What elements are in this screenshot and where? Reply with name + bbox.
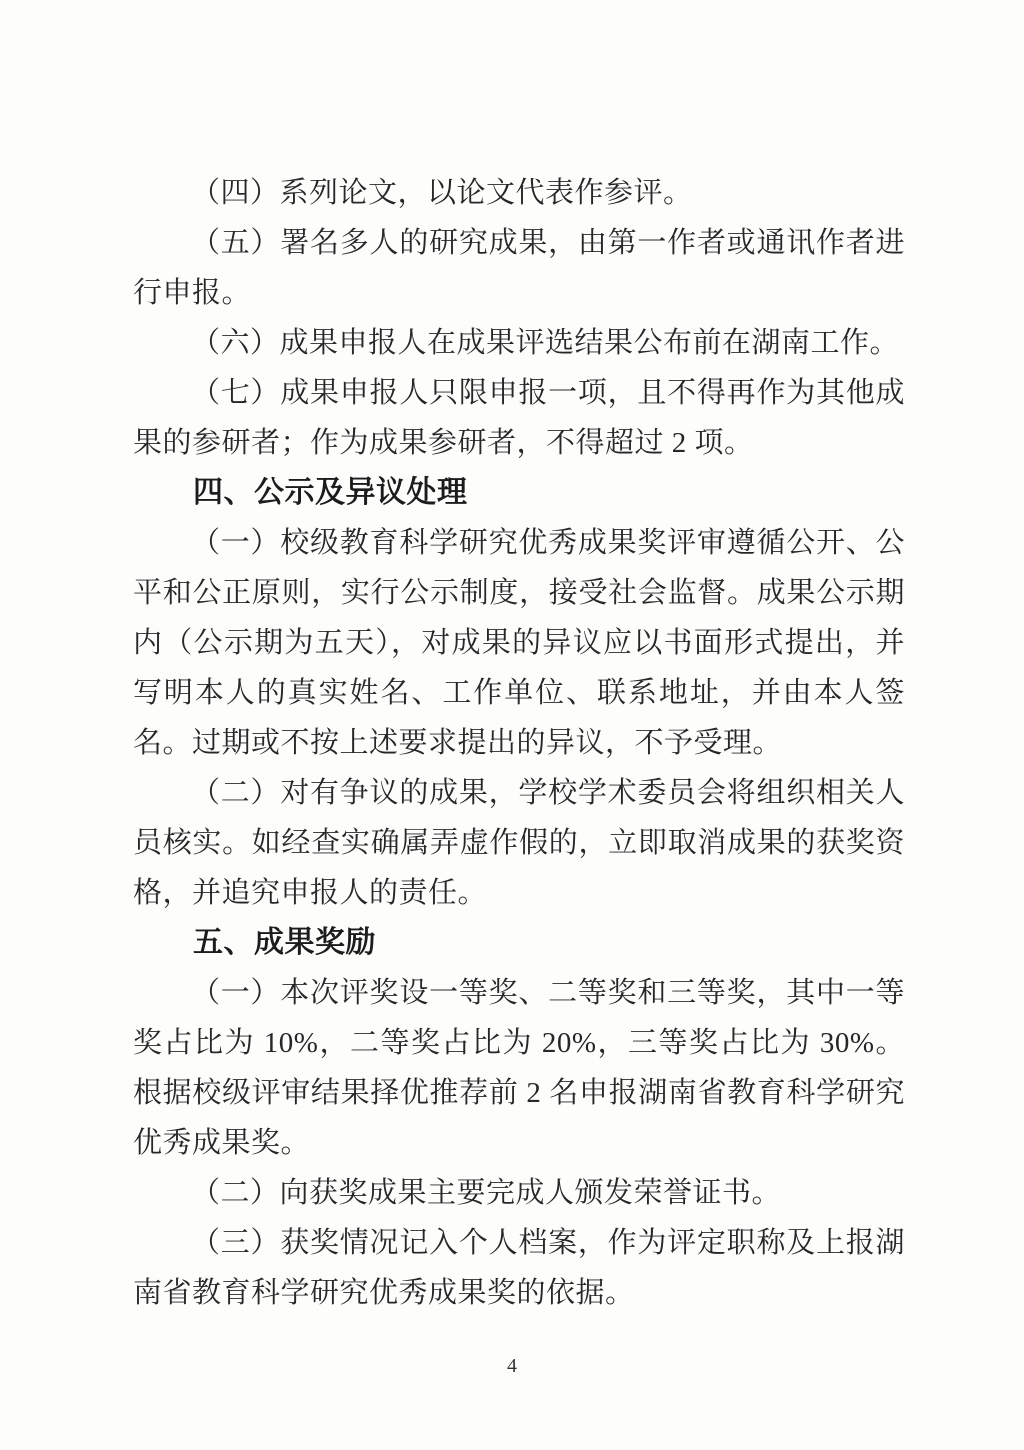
section-heading-4: 四、公示及异议处理 [133, 468, 905, 518]
paragraph-publicity-2: （二）对有争议的成果，学校学术委员会将组织相关人员核实。如经查实确属弄虚作假的，… [133, 768, 905, 918]
document-page: （四）系列论文，以论文代表作参评。 （五）署名多人的研究成果，由第一作者或通讯作… [0, 0, 1024, 1450]
page-number: 4 [0, 1355, 1024, 1378]
section-heading-5: 五、成果奖励 [133, 918, 905, 968]
paragraph-award-2: （二）向获奖成果主要完成人颁发荣誉证书。 [133, 1168, 905, 1218]
paragraph-item-6: （六）成果申报人在成果评选结果公布前在湖南工作。 [133, 318, 905, 368]
paragraph-item-7: （七）成果申报人只限申报一项，且不得再作为其他成果的参研者；作为成果参研者，不得… [133, 368, 905, 468]
paragraph-award-1: （一）本次评奖设一等奖、二等奖和三等奖，其中一等奖占比为 10%，二等奖占比为 … [133, 968, 905, 1168]
paragraph-award-3: （三）获奖情况记入个人档案，作为评定职称及上报湖南省教育科学研究优秀成果奖的依据… [133, 1218, 905, 1318]
document-body: （四）系列论文，以论文代表作参评。 （五）署名多人的研究成果，由第一作者或通讯作… [133, 168, 905, 1318]
paragraph-item-4: （四）系列论文，以论文代表作参评。 [133, 168, 905, 218]
paragraph-item-5: （五）署名多人的研究成果，由第一作者或通讯作者进行申报。 [133, 218, 905, 318]
paragraph-publicity-1: （一）校级教育科学研究优秀成果奖评审遵循公开、公平和公正原则，实行公示制度，接受… [133, 518, 905, 768]
